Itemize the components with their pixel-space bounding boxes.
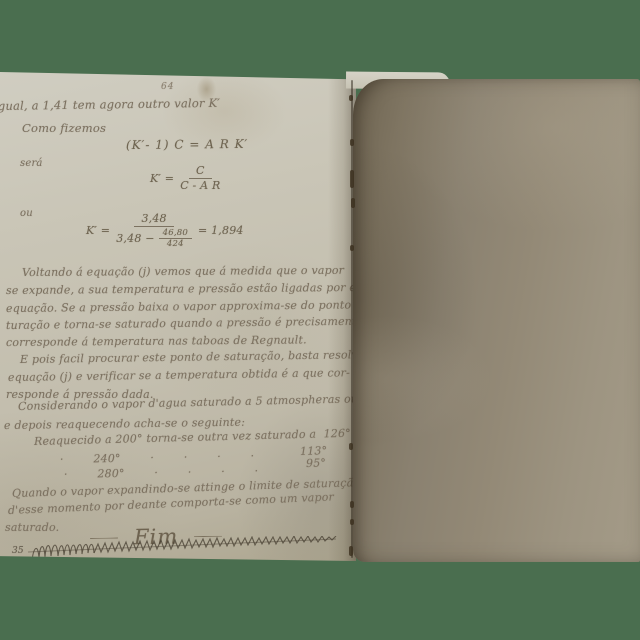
- fraction: C C - A R: [180, 164, 220, 192]
- binding-stitch: [350, 139, 354, 146]
- fraction-denominator: C - A R: [180, 179, 220, 192]
- fraction-denominator: 3,48 − 46,80 424: [116, 227, 192, 249]
- table-row-value: 95°: [306, 456, 327, 470]
- connector-word: ou: [20, 208, 33, 219]
- binding-stitch: [349, 95, 353, 101]
- manuscript-left-page: 64 igual, a 1,41 tem agora outro valor K…: [0, 72, 356, 561]
- manuscript-line: Como fizemos: [22, 121, 106, 135]
- sub-fraction-numerator: 46,80: [159, 228, 192, 239]
- manuscript-line: corresponde á temperatura nas taboas de …: [6, 333, 307, 349]
- fraction-numerator: 3,48: [134, 212, 173, 227]
- binding-stitch: [351, 198, 355, 208]
- fraction-numerator: C: [189, 164, 212, 179]
- blank-right-page: [353, 79, 640, 562]
- table-row-label: · 240° · · · ·: [60, 450, 254, 466]
- table-row-label: · 280° · · · ·: [64, 465, 258, 481]
- binding-gutter: [351, 80, 353, 558]
- connector-word: será: [20, 158, 43, 169]
- binding-stitch: [350, 519, 354, 525]
- photo-background: 64 igual, a 1,41 tem agora outro valor K…: [0, 0, 640, 640]
- denominator-prefix: 3,48 −: [116, 232, 154, 245]
- fraction: 3,48 3,48 − 46,80 424: [116, 212, 192, 249]
- binding-stitch: [350, 245, 354, 251]
- manuscript-line: Voltando á equação (j) vemos que á medid…: [22, 264, 344, 279]
- sub-fraction: 46,80 424: [159, 228, 192, 249]
- page-number: 64: [161, 82, 174, 92]
- binding-stitch: [350, 170, 354, 188]
- scribbled-out-line: [8, 536, 338, 566]
- formula-fraction-simple: K′ = C C - A R: [150, 164, 220, 192]
- binding-stitch: [349, 546, 353, 556]
- formula-main: (K′- 1) C = A R K′: [126, 137, 248, 152]
- binding-stitch: [349, 443, 353, 450]
- sub-fraction-denominator: 424: [167, 239, 184, 249]
- manuscript-line: se expande, a sua temperatura e pressão …: [6, 281, 373, 297]
- formula-lhs: K′ =: [86, 224, 110, 237]
- formula-result: = 1,894: [198, 224, 244, 237]
- binding-stitch: [350, 501, 354, 508]
- manuscript-line: igual, a 1,41 tem agora outro valor K′: [0, 96, 220, 113]
- manuscript-line: saturado.: [5, 521, 59, 534]
- manuscript-line: E pois facil procurar este ponto de satu…: [20, 348, 381, 366]
- formula-lhs: K′ =: [150, 172, 174, 185]
- formula-text: (K′- 1) C = A R K′: [126, 137, 248, 152]
- formula-fraction-numeric: K′ = 3,48 3,48 − 46,80 424 = 1,894: [86, 212, 244, 249]
- manuscript-line: turação e torna-se saturado quando a pre…: [6, 315, 364, 332]
- manuscript-line: equação (j) e verificar se a temperatura…: [8, 366, 350, 384]
